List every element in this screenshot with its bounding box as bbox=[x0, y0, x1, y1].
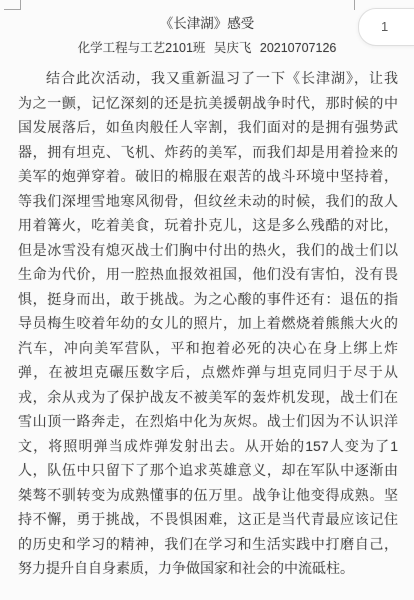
body-text-line: 等我们深埋雪地寒风彻骨，但纹丝未动的时候，我们的敌人 bbox=[18, 189, 398, 214]
body-text-line: 弹，在被坦克碾压数字后，点燃炸弹与坦克同归于尽于从 bbox=[18, 360, 398, 385]
body-text-line: 但是冰雪没有熄灭战士们胸中付出的热火，我们的战士们以 bbox=[18, 238, 398, 263]
body-text-line: 汽车，冲向美军营队，平和抱着必死的决心在身上绑上炸 bbox=[18, 336, 398, 361]
page-number-label: 1 bbox=[359, 9, 414, 45]
essay-body: 结合此次活动，我又重新温习了一下《长津湖》，让我为之一颤，记忆深刻的还是抗美援朝… bbox=[18, 66, 398, 581]
body-text-line: 雪山顶一路奔走，在烈焰中化为灰烬。战士们因为不认识洋 bbox=[18, 409, 398, 434]
document-byline: 化学工程与工艺2101班 吴庆飞 20210707126 bbox=[0, 39, 414, 57]
body-text-line: 的历史和学习的精神，我们在学习和生活实践中打磨自己， bbox=[18, 532, 398, 557]
body-text-line: 为之一颤，记忆深刻的还是抗美援朝战争时代，那时候的中 bbox=[18, 91, 398, 116]
body-text-line: 生命为代价，用一腔热血报效祖国，他们没有害怕，没有畏 bbox=[18, 262, 398, 287]
text-boundary-mark-top-left-vertical bbox=[20, 0, 21, 9]
body-text-line: 人，队伍中只留下了那个追求英雄意义，却在军队中逐渐由 bbox=[18, 458, 398, 483]
body-text-line: 戎，余从戎为了保护战友不被美军的轰炸机发现，战士们在 bbox=[18, 385, 398, 410]
body-text-line: 用着篝火，吃着美食，玩着扑克儿，这是多么残酷的对比， bbox=[18, 213, 398, 238]
document-title: 《长津湖》感受 bbox=[0, 14, 414, 33]
body-text-line: 结合此次活动，我又重新温习了一下《长津湖》，让我 bbox=[18, 66, 398, 91]
body-text-line: 惧，挺身而出，敢于挑战。为之心酸的事件还有：退伍的指 bbox=[18, 287, 398, 312]
body-text-line: 导员梅生咬着年幼的女儿的照片，加上着燃烧着熊熊大火的 bbox=[18, 311, 398, 336]
body-text-line: 文，将照明弹当成炸弹发射出去。从开始的157人变为了1 bbox=[18, 434, 398, 459]
body-text-line: 器，拥有坦克、飞机、炸药的美军，而我们却是用着捡来的 bbox=[18, 140, 398, 165]
page-number-badge[interactable]: 1 bbox=[358, 8, 414, 46]
body-text-line: 国发展落后，如鱼肉般任人宰割，我们面对的是拥有强势武 bbox=[18, 115, 398, 140]
document-page[interactable]: 1 《长津湖》感受 化学工程与工艺2101班 吴庆飞 20210707126 结… bbox=[0, 0, 414, 600]
text-boundary-mark-top-left-horizontal bbox=[4, 9, 21, 10]
body-text-line: 努力提升自自身素质，力争做国家和社会的中流砥柱。 bbox=[18, 556, 398, 581]
body-text-line: 持不懈，勇于挑战，不畏惧困难，这正是当代青最应该记住 bbox=[18, 507, 398, 532]
text-boundary-mark-top-right-vertical bbox=[354, 0, 355, 10]
body-text-line: 美军的炮弹穿着。破旧的棉服在艰苦的战斗环境中坚持着， bbox=[18, 164, 398, 189]
body-text-line: 桀骜不驯转变为成熟懂事的伍万里。战争让他变得成熟。坚 bbox=[18, 483, 398, 508]
